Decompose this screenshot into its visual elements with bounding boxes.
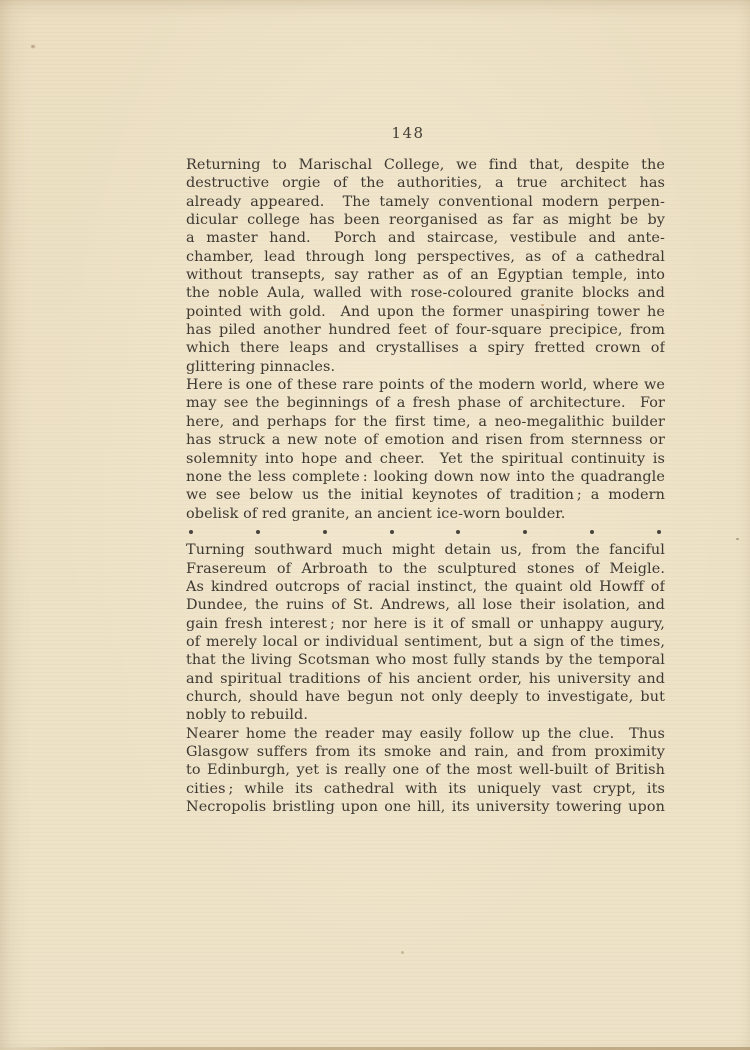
text-line: that the living Scotsman who most fully … (186, 651, 665, 669)
text-line: glittering pinnacles. (186, 358, 665, 376)
text-line: we see below us the initial keynotes of … (186, 486, 665, 504)
text-line: here, and perhaps for the first time, a … (186, 413, 665, 431)
text-line: dicular college has been reorganised as … (186, 211, 665, 229)
text-line: none the less complete : looking down no… (186, 468, 665, 486)
paper-speck (31, 45, 35, 48)
separator-dot (323, 530, 327, 534)
separator-dot (390, 530, 394, 534)
text-line: may see the beginnings of a fresh phase … (186, 394, 665, 412)
text-line: has piled another hundred feet of four-s… (186, 321, 665, 339)
paper-speck (736, 538, 739, 540)
text-line: Here is one of these rare points of the … (186, 376, 665, 394)
text-line: As kindred outcrops of racial instinct, … (186, 578, 665, 596)
section-separator-dots (186, 523, 665, 541)
text-line: gain fresh interest ; nor here is it of … (186, 615, 665, 633)
text-line: has struck a new note of emotion and ris… (186, 431, 665, 449)
text-line: Necropolis bristling upon one hill, its … (186, 798, 665, 816)
text-line: solemnity into hope and cheer. Yet the s… (186, 450, 665, 468)
text-line: to Edinburgh, yet is really one of the m… (186, 761, 665, 779)
separator-dot (657, 530, 661, 534)
text-line: and spiritual traditions of his ancient … (186, 670, 665, 688)
page-number: 148 (186, 124, 630, 142)
text-line: Nearer home the reader may easily follow… (186, 725, 665, 743)
paper-speck (401, 951, 404, 954)
separator-dot (189, 530, 193, 534)
text-line: Glasgow suffers from its smoke and rain,… (186, 743, 665, 761)
text-line: Frasereum of Arbroath to the sculptured … (186, 560, 665, 578)
text-line: already appeared. The tamely conventiona… (186, 193, 665, 211)
separator-dot (256, 530, 260, 534)
text-line: Turning southward much might detain us, … (186, 541, 665, 559)
text-line: which there leaps and crystallises a spi… (186, 339, 665, 357)
separator-dot (523, 530, 527, 534)
text-block: Returning to Marischal College, we find … (186, 156, 665, 816)
text-line: Returning to Marischal College, we find … (186, 156, 665, 174)
text-line: cities ; while its cathedral with its un… (186, 780, 665, 798)
text-line: without transepts, say rather as of an E… (186, 266, 665, 284)
separator-dot (456, 530, 460, 534)
text-line: nobly to rebuild. (186, 706, 665, 724)
separator-dot (590, 530, 594, 534)
text-line: the noble Aula, walled with rose-coloure… (186, 284, 665, 302)
text-line: church, should have begun not only deepl… (186, 688, 665, 706)
text-line: Dundee, the ruins of St. Andrews, all lo… (186, 596, 665, 614)
text-line: pointed with gold. And upon the former u… (186, 303, 665, 321)
text-line: a master hand. Porch and staircase, vest… (186, 229, 665, 247)
book-page: 148 Returning to Marischal College, we f… (0, 0, 750, 1050)
paper-speck (541, 304, 544, 306)
text-line: chamber, lead through long perspectives,… (186, 248, 665, 266)
text-line: destructive orgie of the authorities, a … (186, 174, 665, 192)
text-line: of merely local or individual sentiment,… (186, 633, 665, 651)
text-line: obelisk of red granite, an ancient ice-w… (186, 505, 665, 523)
